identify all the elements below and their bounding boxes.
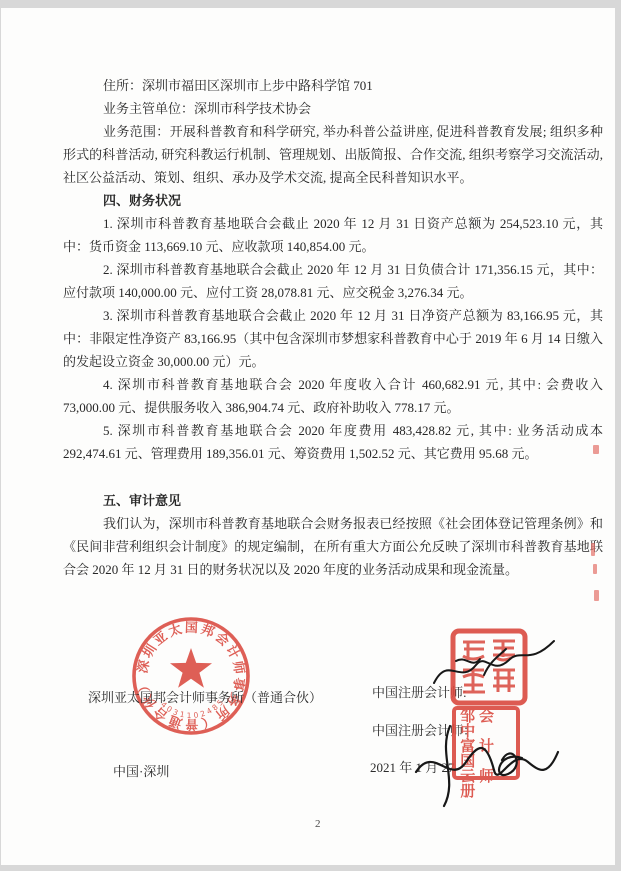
firm-name: 深圳亚太国邦会计师事务所（普通合伙） [88, 687, 322, 706]
section-heading-opinion: 五、审计意见 [63, 489, 603, 512]
signature-1-icon [426, 625, 561, 697]
paragraph-income: 4. 深圳市科普教育基地联合会 2020 年度收入合计 460,682.91 元… [63, 373, 603, 419]
edge-ink-mark [593, 564, 597, 574]
paragraph-business-scope: 业务范围：开展科普教育和科学研究, 举办科普公益讲座, 促进科普教育发展; 组织… [63, 120, 603, 189]
page-number: 2 [315, 818, 321, 830]
signature-2-icon [406, 720, 566, 812]
firm-location: 中国·深圳 [113, 761, 169, 780]
paragraph-net-assets: 3. 深圳市科普教育基地联合会截止 2020 年 12 月 31 日净资产总额为… [63, 304, 603, 373]
report-body: 住所：深圳市福田区深圳市上步中路科学馆 701 业务主管单位：深圳市科学技术协会… [63, 74, 603, 581]
round-stamp-icon: 深圳亚太国邦会计师事务所（普通合伙） 4031102485 [125, 608, 257, 746]
paragraph-expenses: 5. 深圳市科普教育基地联合会 2020 年度费用 483,428.82 元, … [63, 419, 603, 465]
paragraph-assets: 1. 深圳市科普教育基地联合会截止 2020 年 12 月 31 日资产总额为 … [63, 212, 603, 258]
firm-round-stamp: 深圳亚太国邦会计师事务所（普通合伙） 4031102485 [125, 608, 257, 751]
section-heading-finance: 四、财务状况 [63, 189, 603, 212]
cpa-signature-2 [406, 720, 566, 817]
scanned-audit-report: { "colors": { "accent_red": "#d9453c", "… [0, 0, 621, 871]
paragraph-supervisor: 业务主管单位：深圳市科学技术协会 [63, 97, 603, 120]
cpa-signature-1 [426, 625, 561, 702]
edge-ink-mark [593, 445, 599, 454]
paragraph-address: 住所：深圳市福田区深圳市上步中路科学馆 701 [63, 74, 603, 97]
edge-ink-mark [591, 543, 595, 556]
paragraph-liabilities: 2. 深圳市科普教育基地联合会截止 2020 年 12 月 31 日负债合计 1… [63, 258, 603, 304]
star-icon [170, 648, 212, 688]
paragraph-opinion: 我们认为，深圳市科普教育基地联合会财务报表已经按照《社会团体登记管理条例》和《民… [63, 512, 603, 581]
document-page: 住所：深圳市福田区深圳市上步中路科学馆 701 业务主管单位：深圳市科学技术协会… [1, 8, 615, 865]
edge-ink-mark [594, 590, 599, 601]
